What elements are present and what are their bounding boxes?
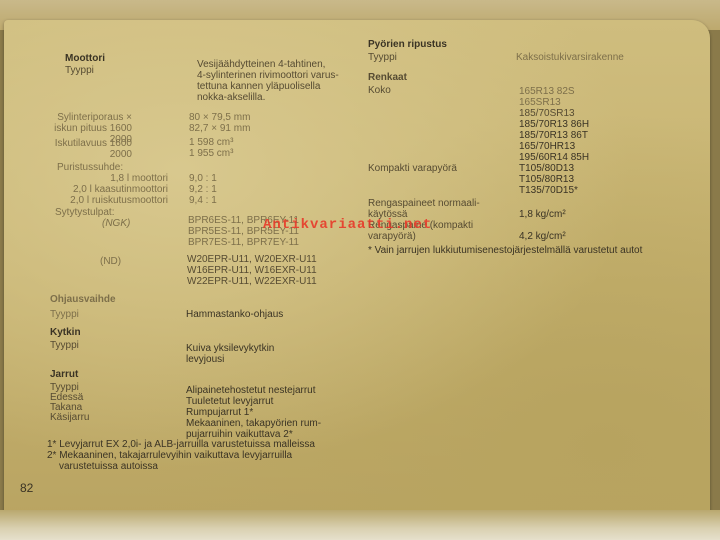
displacement-values: 1 598 cm³ 1 955 cm³ [189,137,233,159]
bore-stroke-values: 80 × 79,5 mm 82,7 × 91 mm [189,112,250,134]
compression-values: 9,0 : 1 9,2 : 1 9,4 : 1 [189,173,217,206]
compact-spare-sizes: T105/80D13 T105/80R13 T135/70D15* [519,163,578,196]
background-bottom [0,510,720,540]
tyre-size-label: Koko [368,85,391,96]
brakes-labels: Tyyppi Edessä Takana Käsijarru [50,383,89,423]
displacement-label: Iskutilavuus 1600 2000 [40,138,132,160]
clutch-type-value: Kuiva yksilevykytkin levyjousi [186,343,274,365]
steering-type-value: Hammastanko-ohjaus [186,309,283,320]
brakes-heading: Jarrut [50,369,78,380]
suspension-type-label: Tyyppi [368,52,397,63]
clutch-type-label: Tyyppi [50,340,79,351]
suspension-type-value: Kaksoistukivarsirakenne [516,52,624,63]
brakes-values: Alipainetehostetut nestejarrut Tuuletetu… [186,385,321,440]
steering-heading: Ohjausvaihde [50,294,116,305]
clutch-heading: Kytkin [50,327,81,338]
compression-labels: 1,8 l moottori 2,0 l kaasutinmoottori 2,… [50,173,168,206]
tyres-heading: Renkaat [368,72,407,83]
spark-plugs-nd-label: (ND) [100,256,121,267]
pressure-compact-value: 4,2 kg/cm² [519,231,566,242]
pressure-normal-value: 1,8 kg/cm² [519,209,566,220]
brakes-footnotes: 1* Levyjarrut EX 2,0i- ja ALB-jarruilla … [47,439,315,472]
steering-type-label: Tyyppi [50,309,79,320]
tyres-footnote: * Vain jarrujen lukkiutumisenestojärjest… [368,245,642,256]
spark-plugs-label: Sytytystulpat: [55,207,114,218]
engine-heading: Moottori [65,53,105,64]
tyre-sizes: 165R13 82S 165SR13 185/70SR13 185/70R13 … [519,86,589,163]
spark-plugs-ngk-label: (NGK) [102,218,130,229]
watermark: Antikvariaatti.net [263,217,432,233]
compact-spare-label: Kompakti varapyörä [368,163,457,174]
compression-label: Puristussuhde: [57,162,123,173]
page-number: 82 [20,483,33,494]
engine-type-label: Tyyppi [65,65,94,76]
engine-type-value: Vesijäähdytteinen 4-tahtinen, 4-sylinter… [197,59,339,103]
suspension-heading: Pyörien ripustus [368,39,447,50]
spark-plugs-nd: W20EPR-U11, W20EXR-U11 W16EPR-U11, W16EX… [187,254,317,287]
